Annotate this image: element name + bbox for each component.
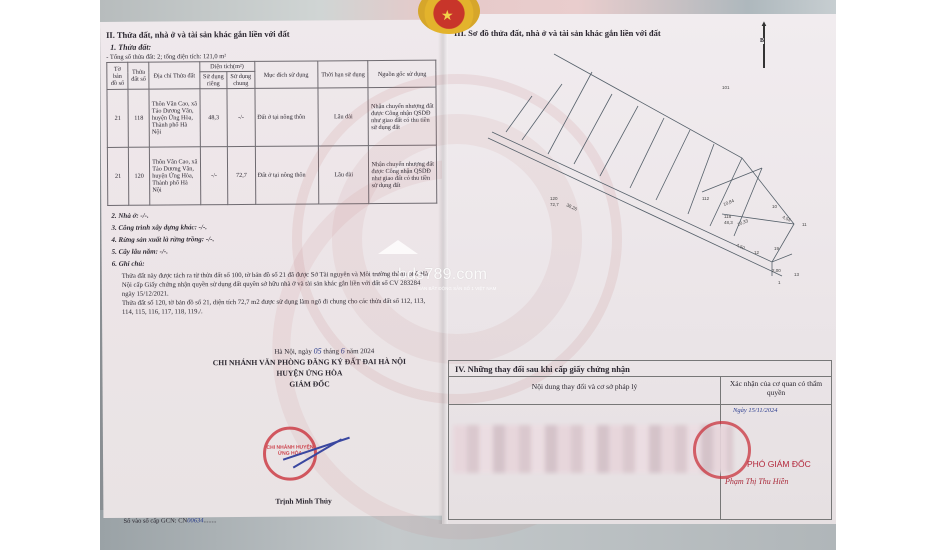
confirmation-date: Ngày 15/11/2024 bbox=[733, 407, 777, 414]
label-depth-112: 10,84 bbox=[723, 198, 736, 207]
col-authority-confirmation: Xác nhận của cơ quan có thẩm quyền bbox=[721, 377, 831, 404]
cell-parcel: 118 bbox=[128, 89, 149, 147]
cell-purpose: Đất ở tại nông thôn bbox=[255, 88, 319, 146]
label-parcel-101: 101 bbox=[722, 85, 730, 90]
cell-map-sheet: 21 bbox=[107, 147, 128, 205]
label-vertex-11: 11 bbox=[802, 222, 807, 227]
cell-parcel: 120 bbox=[128, 147, 149, 205]
label-parcel-118-area: 48,3 bbox=[724, 220, 733, 225]
cell-map-sheet: 21 bbox=[107, 89, 128, 147]
date-prefix: Hà Nội, ngày bbox=[274, 348, 312, 356]
col-area: Diện tích(m²) bbox=[200, 61, 255, 71]
col-term: Thời hạn sử dụng bbox=[318, 61, 369, 88]
redacted-content bbox=[453, 425, 733, 473]
authority-confirmation-cell: Ngày 15/11/2024 PHÓ GIÁM ĐỐC Phạm Thị Th… bbox=[721, 405, 831, 519]
label-width-top: 4,55 bbox=[782, 214, 793, 222]
registry-number: Số vào sổ cấp GCN: CN00634........ bbox=[123, 517, 216, 525]
col-purpose: Mục đích sử dụng bbox=[254, 61, 317, 88]
col-address: Địa chỉ Thửa đất bbox=[149, 62, 200, 89]
label-vertex-12: 12 bbox=[754, 250, 760, 255]
label-vertex-13: 13 bbox=[794, 272, 800, 277]
cell-area-private: 48,3 bbox=[200, 89, 228, 147]
land-subsection: 1. Thửa đất: bbox=[110, 41, 440, 52]
label-lane-length: 38,26 bbox=[566, 202, 579, 212]
section-ii-title: II. Thửa đất, nhà ở và tài sản khác gắn … bbox=[106, 28, 440, 40]
certificate-photo: II. Thửa đất, nhà ở và tài sản khác gắn … bbox=[100, 0, 836, 550]
col-parcel: Thửa đất số bbox=[128, 62, 149, 89]
deputy-director-title: PHÓ GIÁM ĐỐC bbox=[747, 459, 811, 469]
house-logo-icon bbox=[378, 240, 418, 254]
cell-area-shared: -/- bbox=[227, 88, 255, 146]
watermark-brand: bds789.com bbox=[398, 266, 487, 284]
section-iv-title: IV. Những thay đổi sau khi cấp giấy chứn… bbox=[449, 361, 831, 377]
cell-address: Thôn Vân Cao, xã Tảo Dương Văn, huyện Ứn… bbox=[149, 89, 200, 147]
label-vertex-10: 10 bbox=[772, 204, 778, 209]
col-map-sheet: Tờ bản đồ số bbox=[107, 62, 128, 89]
signer-name: Trịnh Minh Thủy bbox=[275, 496, 331, 505]
label-parcel-120-area: 72,7 bbox=[550, 202, 559, 207]
label-parcel-19: 19 bbox=[774, 246, 780, 251]
cell-area-private: -/- bbox=[200, 147, 228, 205]
deputy-director-name: Phạm Thị Thu Hiền bbox=[725, 477, 788, 486]
official-stamp: CHI NHÁNH HUYỆN ỨNG HÒA bbox=[263, 426, 317, 480]
date-day: 05 bbox=[314, 346, 322, 355]
label-vertex-1: 1 bbox=[778, 280, 781, 285]
label-parcel-118: 118 bbox=[724, 214, 732, 219]
registry-value: 00634 bbox=[187, 517, 203, 524]
label-parcel-120: 120 bbox=[550, 196, 558, 201]
change-content-cell bbox=[449, 405, 721, 519]
label-parcel-112: 112 bbox=[702, 196, 710, 201]
label-depth-118: 10,33 bbox=[737, 218, 750, 227]
cell-address: Thôn Vân Cao, xã Tảo Dương Văn, huyện Ứn… bbox=[150, 147, 201, 205]
label-width-bottom: 2,00 bbox=[772, 268, 781, 273]
registry-label: Số vào sổ cấp GCN: CN bbox=[123, 517, 187, 524]
col-area-private: Sử dụng riêng bbox=[200, 72, 228, 89]
official-stamp bbox=[693, 421, 751, 479]
parcel-diagram: 101 19 112 118 48,3 120 72,7 38,26 10,84… bbox=[442, 14, 836, 354]
col-area-shared: Sử dụng chung bbox=[227, 71, 255, 88]
watermark-tagline: SÀN BẤT ĐỘNG SẢN SỐ 1 VIỆT NAM bbox=[418, 286, 496, 291]
changes-table: IV. Những thay đổi sau khi cấp giấy chứn… bbox=[448, 360, 832, 520]
right-page: III. Sơ đồ thửa đất, nhà ở và tài sản kh… bbox=[442, 14, 836, 524]
cell-area-shared: 72,7 bbox=[228, 146, 256, 204]
col-change-content: Nội dung thay đổi và cơ sở pháp lý bbox=[449, 377, 721, 404]
